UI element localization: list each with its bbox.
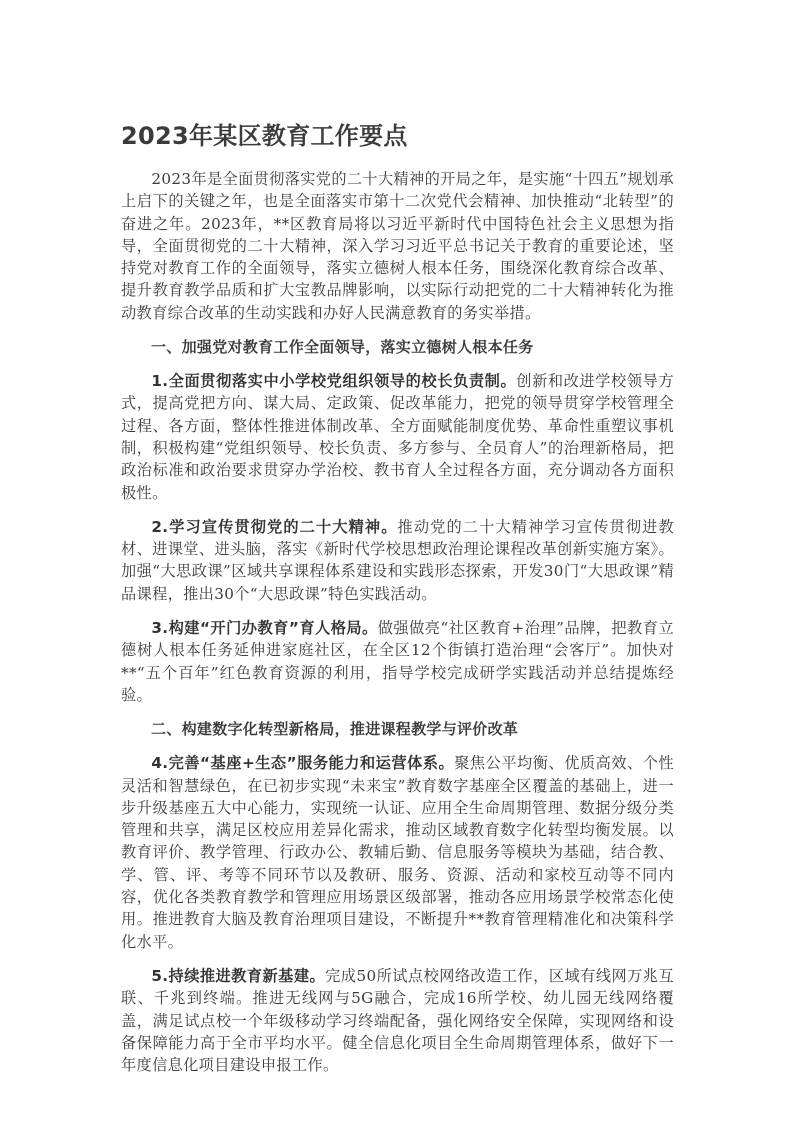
item-paragraph-1: 1.全面贯彻落实中小学校党组织领导的校长负责制。创新和改进学校领导方式，提高党把…	[121, 370, 674, 504]
document-page: 2023年某区教育工作要点 2023年是全面贯彻落实党的二十大精神的开局之年，是…	[121, 118, 674, 1088]
item-paragraph-5: 5.持续推进教育新基建。完成50所试点校网络改造工作，区域有线网万兆互联、千兆到…	[121, 965, 674, 1076]
item-lead: 2.学习宣传贯彻党的二十大精神。	[151, 518, 397, 536]
item-text: 聚焦公平均衡、优质高效、个性灵活和智慧绿色，在已初步实现“未来宝”教育数字基座全…	[121, 754, 674, 950]
item-paragraph-3: 3.构建“开门办教育”育人格局。做强做亮“社区教育+治理”品牌，把教育立德树人根…	[121, 617, 674, 706]
item-lead: 1.全面贯彻落实中小学校党组织领导的校长负责制。	[151, 372, 516, 390]
section-heading-2: 二、构建数字化转型新格局，推进课程教学与评价改革	[121, 718, 674, 740]
item-text: 创新和改进学校领导方式，提高党把方向、谋大局、定政策、促改革能力，把党的领导贯穿…	[121, 372, 674, 501]
item-lead: 3.构建“开门办教育”育人格局。	[151, 619, 377, 637]
item-lead: 5.持续推进教育新基建。	[151, 967, 325, 985]
item-paragraph-4: 4.完善“基座+生态”服务能力和运营体系。聚焦公平均衡、优质高效、个性灵活和智慧…	[121, 752, 674, 953]
intro-paragraph: 2023年是全面贯彻落实党的二十大精神的开局之年，是实施“十四五”规划承上启下的…	[121, 168, 674, 324]
section-heading-1: 一、加强党对教育工作全面领导，落实立德树人根本任务	[121, 336, 674, 358]
document-title: 2023年某区教育工作要点	[121, 118, 674, 154]
item-paragraph-2: 2.学习宣传贯彻党的二十大精神。推动党的二十大精神学习宣传贯彻进教材、进课堂、进…	[121, 516, 674, 605]
item-lead: 4.完善“基座+生态”服务能力和运营体系。	[151, 754, 454, 772]
